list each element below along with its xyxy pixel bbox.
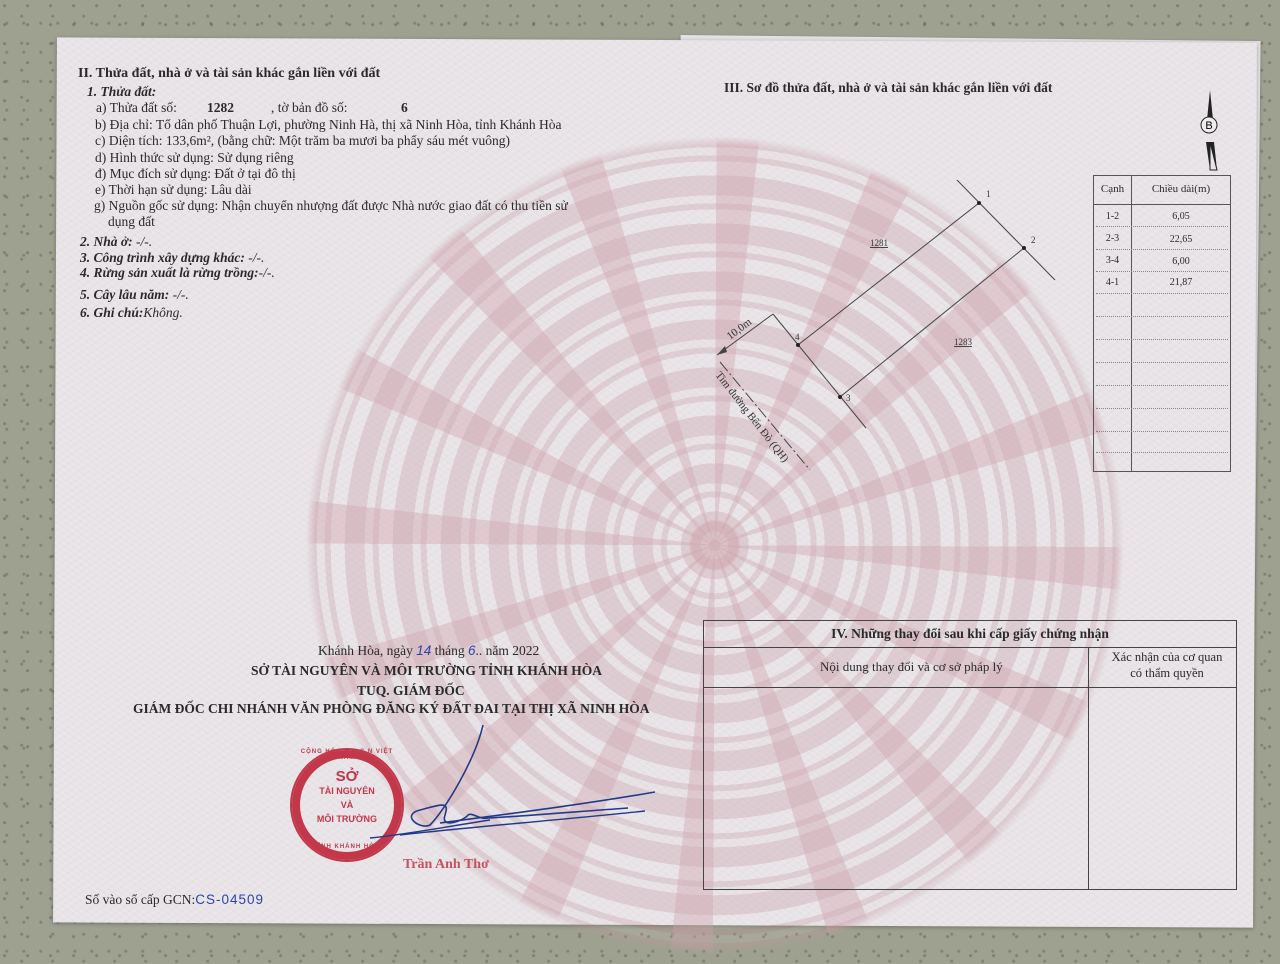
changes-column-confirm-line1: Xác nhận của cơ quan <box>1100 649 1234 665</box>
svg-text:4: 4 <box>795 332 800 342</box>
house-label: 2. Nhà ở: <box>80 234 133 249</box>
parcel-heading: 1. Thửa đất: <box>87 84 156 100</box>
north-arrow-icon: B <box>1195 90 1225 185</box>
svg-text:Tim đường Bến Đò (QH): Tim đường Bến Đò (QH) <box>713 369 791 465</box>
signer-name: Trần Anh Thơ <box>403 857 489 873</box>
year-label: năm 2022 <box>486 643 540 658</box>
segment-length-table: Cạnh Chiều dài(m) 1-2 6,05 2-3 22,65 3-4… <box>1093 175 1231 472</box>
signature <box>300 720 660 860</box>
other-works-label: 3. Công trình xây dựng khác: <box>80 250 245 265</box>
table-cell-length: 6,00 <box>1132 256 1230 267</box>
table-cell-length: 6,05 <box>1132 211 1230 222</box>
table-cell-edge: 4-1 <box>1094 277 1131 288</box>
svg-text:B: B <box>1205 120 1212 132</box>
date-prefix: Khánh Hòa, ngày <box>318 643 413 658</box>
origin-line2: dụng đất <box>108 214 155 230</box>
table-cell-length: 21,87 <box>1132 277 1230 288</box>
note-label: 6. Ghi chú: <box>80 305 143 320</box>
svg-text:1281: 1281 <box>870 238 888 248</box>
forest-label: 4. Rừng sản xuất là rừng trồng: <box>80 265 259 280</box>
date-day: 14 <box>416 643 431 658</box>
parcel-no: 1282 <box>207 100 234 116</box>
registry-number: CS-04509 <box>195 892 264 907</box>
svg-text:2: 2 <box>1031 235 1036 245</box>
parcel-diagram: 1 2 3 4 1281 1283 10,0m Tim đường Bến Đò… <box>700 180 1080 480</box>
house-value: -/-. <box>133 234 153 249</box>
table-cell-edge: 3-4 <box>1094 255 1131 266</box>
table-cell-edge: 2-3 <box>1094 233 1131 244</box>
perennial-value: -/-. <box>169 287 189 302</box>
date-month: 6 <box>468 643 476 658</box>
address: b) Địa chỉ: Tổ dân phố Thuận Lợi, phường… <box>95 117 562 133</box>
svg-text:1283: 1283 <box>954 337 973 347</box>
issuing-agency: SỞ TÀI NGUYÊN VÀ MÔI TRƯỜNG TỈNH KHÁNH H… <box>251 663 602 679</box>
table-header-edge: Cạnh <box>1094 183 1131 195</box>
changes-column-confirm-line2: có thẩm quyền <box>1100 665 1234 681</box>
note-value: Không. <box>143 305 182 320</box>
month-label: tháng <box>435 643 465 658</box>
use-term: e) Thời hạn sử dụng: Lâu dài <box>95 182 252 198</box>
section3-title: III. Sơ đồ thửa đất, nhà ở và tài sản kh… <box>724 80 1052 96</box>
section2-title: II. Thửa đất, nhà ở và tài sản khác gắn … <box>78 66 380 82</box>
map-sheet-label: , tờ bản đồ số: <box>271 100 348 116</box>
on-behalf-title: TUQ. GIÁM ĐỐC <box>357 683 465 699</box>
changes-table: IV. Những thay đổi sau khi cấp giấy chứn… <box>703 620 1237 890</box>
changes-column-content: Nội dung thay đổi và cơ sở pháp lý <box>820 659 1003 675</box>
map-sheet-no: 6 <box>401 100 408 116</box>
parcel-no-label: a) Thửa đất số: <box>96 100 177 116</box>
signer-title: GIÁM ĐỐC CHI NHÁNH VĂN PHÒNG ĐĂNG KÝ ĐẤT… <box>133 701 650 717</box>
table-cell-edge: 1-2 <box>1094 211 1131 222</box>
origin-line1: g) Nguồn gốc sử dụng: Nhận chuyển nhượng… <box>94 198 568 214</box>
table-cell-length: 22,65 <box>1132 234 1230 245</box>
registry-label: Số vào sổ cấp GCN: <box>85 892 195 907</box>
svg-text:3: 3 <box>846 393 851 403</box>
perennial-label: 5. Cây lâu năm: <box>80 287 169 302</box>
table-header-length: Chiều dài(m) <box>1132 183 1230 195</box>
other-works-value: -/-. <box>245 250 265 265</box>
area: c) Diện tích: 133,6m², (bằng chữ: Một tr… <box>95 133 510 149</box>
use-purpose: đ) Mục đích sử dụng: Đất ở tại đô thị <box>95 166 296 182</box>
use-form: d) Hình thức sử dụng: Sử dụng riêng <box>95 150 294 166</box>
section4-title: IV. Những thay đổi sau khi cấp giấy chứn… <box>704 621 1236 648</box>
svg-text:1: 1 <box>986 189 991 199</box>
forest-value: -/-. <box>259 265 275 280</box>
